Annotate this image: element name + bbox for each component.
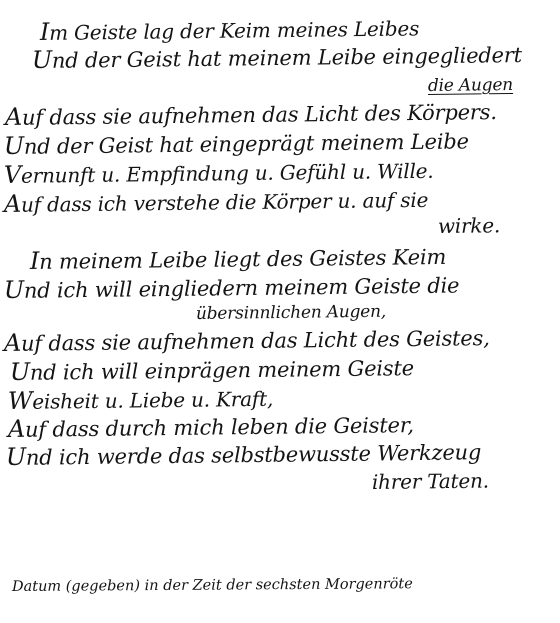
verse2-line1: In meinem Leibe liegt des Geistes Keim	[30, 244, 447, 273]
verse1-line2: Und der Geist hat meinem Leibe eingeglie…	[32, 42, 522, 72]
verse2-line6: Auf dass durch mich leben die Geister,	[8, 412, 414, 441]
verse1-line6: Auf dass ich verstehe die Körper u. auf …	[4, 187, 429, 216]
verse1-line3: Auf dass sie aufnehmen das Licht des Kör…	[5, 99, 497, 129]
verse1-line1: Im Geiste lag der Keim meines Leibes	[40, 15, 420, 44]
verse2-line7: Und ich werde das selbstbewusste Werkzeu…	[6, 439, 482, 469]
verse2-line7-continuation: ihrer Taten.	[372, 471, 489, 492]
verse2-line3: Auf dass sie aufnehmen das Licht des Gei…	[4, 325, 490, 355]
manuscript-page: Im Geiste lag der Keim meines Leibes Und…	[0, 0, 560, 623]
verse1-line6-continuation: wirke.	[438, 215, 500, 236]
verse2-line4: Und ich will einprägen meinem Geiste	[10, 355, 414, 384]
verse1-line4: Und der Geist hat eingeprägt meinem Leib…	[4, 128, 469, 158]
verse1-line5: Vernunft u. Empfindung u. Gefühl u. Will…	[4, 158, 434, 187]
verse1-insertion-die-augen: die Augen	[428, 77, 513, 95]
footer-date-note: Datum (gegeben) in der Zeit der sechsten…	[12, 577, 413, 594]
verse2-insertion-uebersinnliche-augen: übersinnlichen Augen,	[196, 304, 386, 323]
verse2-line5: Weisheit u. Liebe u. Kraft,	[8, 386, 273, 413]
verse2-line2: Und ich will eingliedern meinem Geiste d…	[4, 272, 460, 302]
